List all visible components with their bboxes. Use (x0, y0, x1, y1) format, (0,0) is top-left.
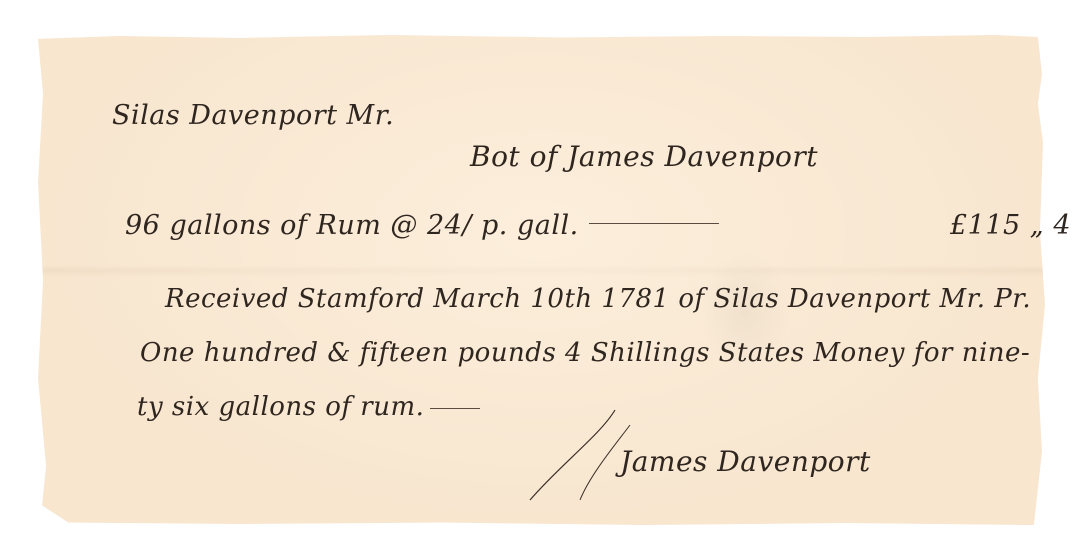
line-item-amount: £115 „ 4 „ 0 (950, 210, 1080, 241)
receipt-line-3: ty six gallons of rum. (137, 392, 480, 422)
bought-of-line: Bot of James Davenport (470, 140, 818, 173)
line-item-description: 96 gallons of Rum @ 24/ p. gall. (125, 210, 579, 241)
trailing-dash (430, 408, 480, 409)
receipt-line-1: Received Stamford March 10th 1781 of Sil… (165, 284, 1031, 314)
leader-dash (589, 223, 719, 224)
addressee-line: Silas Davenport Mr. (112, 100, 394, 131)
signature: James Davenport (620, 445, 871, 478)
receipt-line-2: One hundred & fifteen pounds 4 Shillings… (140, 338, 1030, 368)
receipt-line-3-text: ty six gallons of rum. (137, 392, 424, 422)
line-item: 96 gallons of Rum @ 24/ p. gall. £115 „ … (125, 210, 729, 241)
